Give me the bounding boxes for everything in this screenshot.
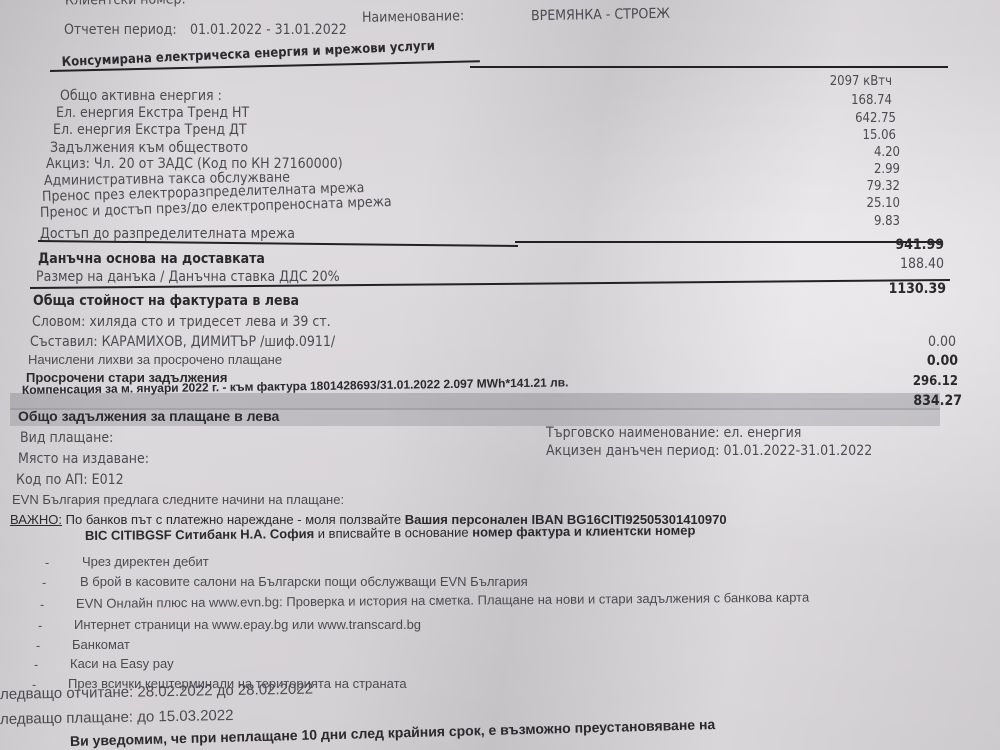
bullet-dash-icon: - <box>45 556 49 571</box>
excise-period: Акцизен данъчен период: 01.01.2022-31.01… <box>546 443 872 459</box>
bullet-dash-icon: - <box>38 619 42 634</box>
consumption-item-label: Ел. енергия Екстра Тренд НТ <box>56 105 249 121</box>
total-due-label: Общо задължения за плащане в лева <box>18 408 279 424</box>
consumption-item-label: Задължения към обществото <box>50 140 248 156</box>
consumption-item-value: 9.83 <box>780 214 900 229</box>
client-number-label: Клиентски номер: <box>65 0 186 9</box>
place-of-issue: Място на издаване: <box>18 451 149 467</box>
consumption-item-label: Акциз: Чл. 20 от ЗАДС (Код по КН 2716000… <box>46 156 343 172</box>
tax-base-label: Данъчна основа на доставката <box>38 251 265 267</box>
consumption-item-label: Общо активна енергия : <box>60 88 222 104</box>
consumption-item-value: 4.20 <box>780 145 900 160</box>
important-label: ВАЖНО: <box>10 512 62 527</box>
payment-method-item: Каси на Easy pay <box>70 656 174 671</box>
bullet-dash-icon: - <box>34 658 38 673</box>
consumption-item-value: 168.74 <box>772 93 892 108</box>
amount-in-words: Словом: хиляда сто и тридесет лева и 39 … <box>32 314 331 330</box>
vat-label: Размер на данъка / Данъчна ставка ДДС 20… <box>36 269 340 285</box>
payment-method-item: Интернет страници на www.epay.bg или www… <box>74 617 421 632</box>
next-reading: ледващо отчитане: 28.02.2022 до 28.02.20… <box>0 681 313 703</box>
name-value: ВРЕМЯНКА - СТРОЕЖ <box>531 6 670 24</box>
consumption-item-label: Ел. енергия Екстра Тренд ДТ <box>53 122 247 138</box>
payment-method-item: Чрез директен дебит <box>82 554 209 569</box>
composed-by: Съставил: КАРАМИХОВ, ДИМИТЪР /шиф.0911/ <box>30 334 335 350</box>
ap-code: Код по АП: Е012 <box>16 472 124 488</box>
period-value: 01.01.2022 - 31.01.2022 <box>190 22 347 38</box>
payment-method-item: В брой в касовите салони на Български по… <box>80 574 528 589</box>
invoice-total-value: 1130.39 <box>826 281 946 297</box>
compensation-value: 834.27 <box>842 393 962 409</box>
consumption-item-value: 2.99 <box>780 162 900 177</box>
payment-methods-intro: EVN България предлага следните начини на… <box>12 492 344 507</box>
vat-value: 188.40 <box>824 256 944 272</box>
next-payment: ледващо плащане: до 15.03.2022 <box>0 707 234 728</box>
payment-method-item: EVN Онлайн плюс на www.evn.bg: Проверка … <box>76 590 809 611</box>
overdue-value: 296.12 <box>838 374 958 389</box>
tax-base-value: 941.99 <box>824 237 944 253</box>
bullet-dash-icon: - <box>36 639 40 654</box>
bullet-dash-icon: - <box>42 576 46 591</box>
consumption-item-value: 79.32 <box>780 179 900 194</box>
interest-value: 0.00 <box>838 353 958 369</box>
interest-label: Начислени лихви за просрочено плащане <box>28 352 282 367</box>
consumption-item-value: 15.06 <box>776 128 896 143</box>
invoice-total-label: Обща стойност на фактурата в лева <box>33 293 299 309</box>
consumption-item-value: 25.10 <box>780 196 900 211</box>
period-label: Отчетен период: <box>64 22 177 38</box>
reference-text: и вписвайте в основание <box>318 525 469 541</box>
section-rule-right <box>470 66 948 68</box>
payment-method-item: Банкомат <box>72 637 130 652</box>
composed-value: 0.00 <box>836 334 956 350</box>
name-label: Наименование: <box>362 8 464 26</box>
trade-name: Търговско наименование: ел. енергия <box>546 425 801 441</box>
reference-bold: номер фактура и клиентски номер <box>472 523 695 540</box>
consumption-item-value: 642.75 <box>776 111 896 126</box>
payment-type: Вид плащане: <box>20 430 113 446</box>
bullet-dash-icon: - <box>40 598 44 613</box>
consumption-item-value: 2097 кВтч <box>772 74 892 89</box>
bic-text: BIC CITIBGSF Ситибанк Н.А. София <box>85 526 314 543</box>
